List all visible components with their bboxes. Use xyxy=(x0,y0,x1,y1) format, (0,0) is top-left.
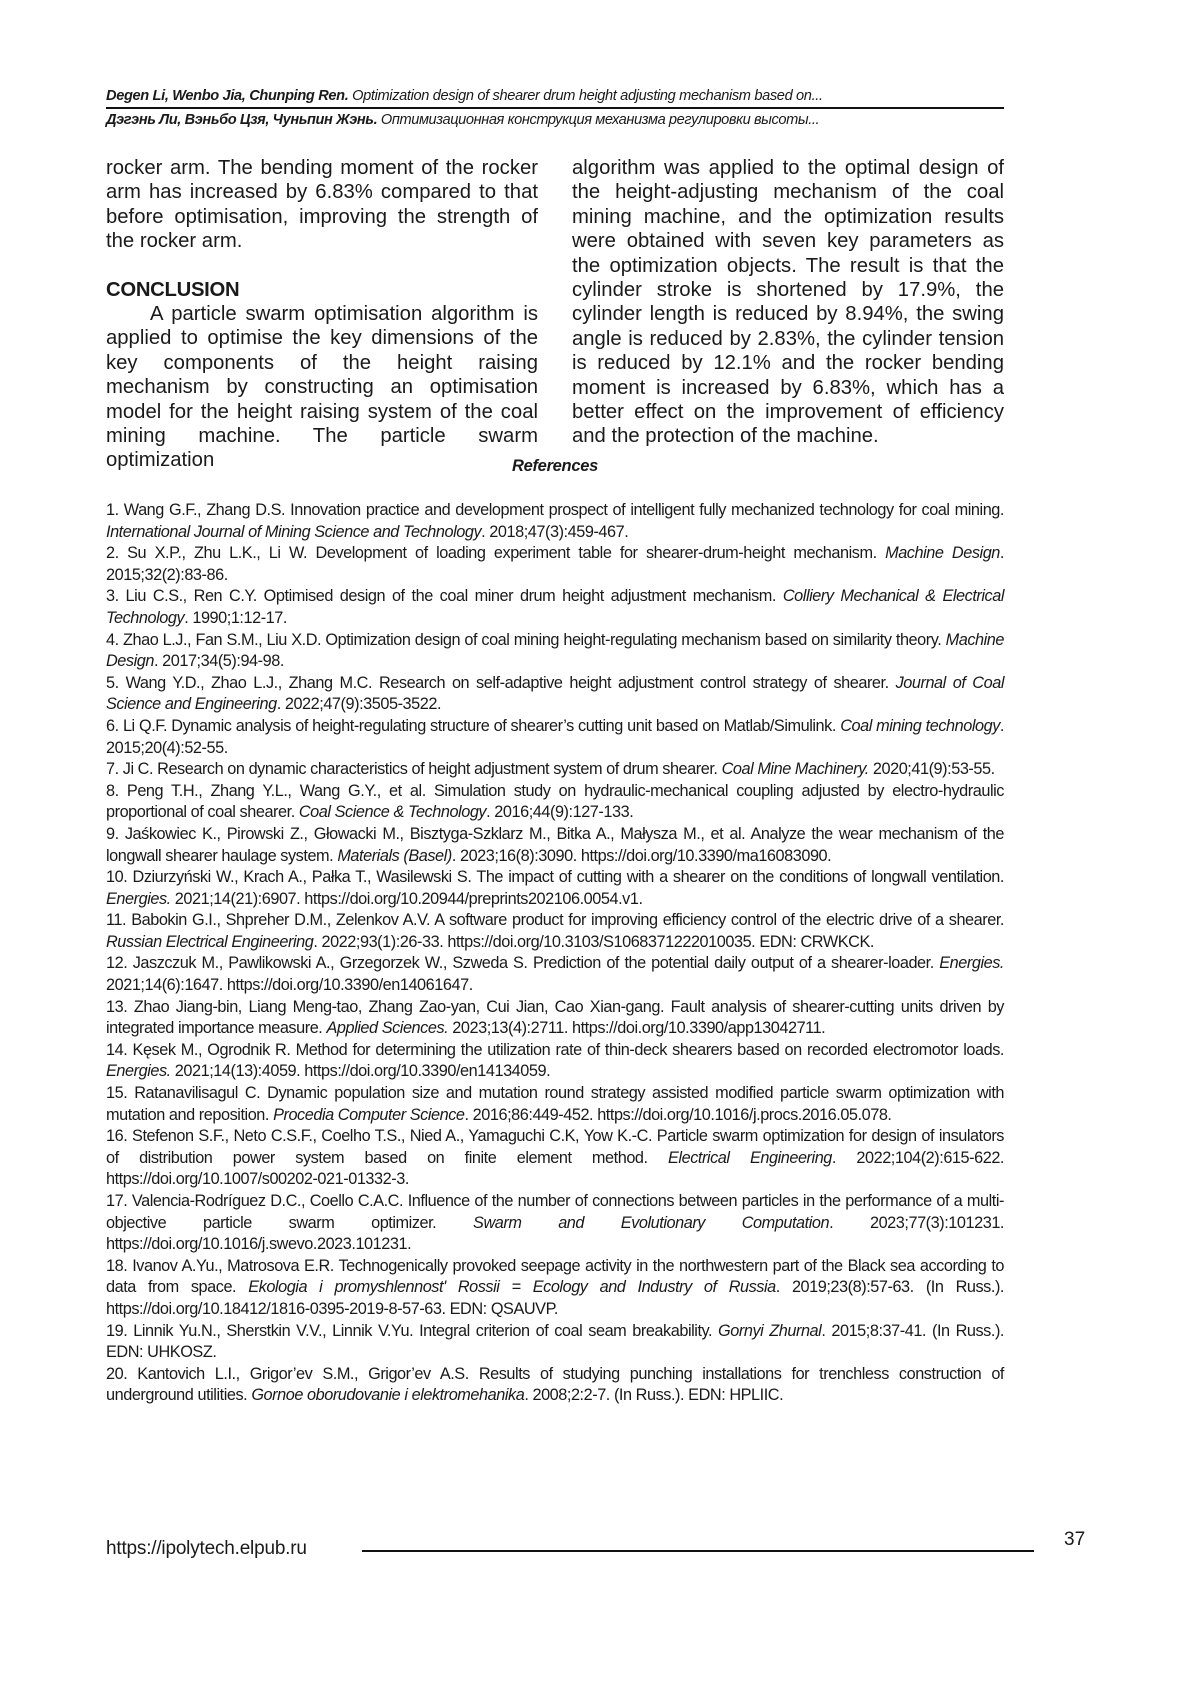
running-head-english: Degen Li, Wenbo Jia, Chunping Ren. Optim… xyxy=(106,86,1004,109)
conclusion-paragraph: A particle swarm optimisation algorithm … xyxy=(106,302,538,473)
reference-item: 16. Stefenon S.F., Neto C.S.F., Coelho T… xyxy=(106,1126,1004,1191)
reference-details: . 2022;93(1):26-33. https://doi.org/10.3… xyxy=(313,933,874,951)
reference-journal: Materials (Basel) xyxy=(337,847,452,865)
reference-authors-title: 2. Su X.P., Zhu L.K., Li W. Development … xyxy=(106,544,885,562)
references-heading: References xyxy=(106,457,1004,476)
reference-authors-title: 4. Zhao L.J., Fan S.M., Liu X.D. Optimiz… xyxy=(106,631,946,649)
reference-journal: Coal Mine Machinery. xyxy=(722,760,869,778)
reference-item: 15. Ratanavilisagul C. Dynamic populatio… xyxy=(106,1083,1004,1126)
reference-item: 19. Linnik Yu.N., Sherstkin V.V., Linnik… xyxy=(106,1321,1004,1364)
reference-journal: Applied Sciences. xyxy=(326,1019,448,1037)
reference-item: 5. Wang Y.D., Zhao L.J., Zhang M.C. Rese… xyxy=(106,673,1004,716)
reference-item: 9. Jaśkowiec K., Pirowski Z., Głowacki M… xyxy=(106,824,1004,867)
reference-journal: Energies. xyxy=(939,954,1004,972)
reference-details: 2021;14(13):4059. https://doi.org/10.339… xyxy=(171,1062,550,1080)
footer-divider xyxy=(362,1550,1034,1552)
reference-authors-title: 19. Linnik Yu.N., Sherstkin V.V., Linnik… xyxy=(106,1322,718,1340)
conclusion-heading: CONCLUSION xyxy=(106,278,538,302)
reference-details: 2023;13(4):2711. https://doi.org/10.3390… xyxy=(448,1019,825,1037)
reference-item: 2. Su X.P., Zhu L.K., Li W. Development … xyxy=(106,543,1004,586)
reference-item: 20. Kantovich L.I., Grigor’ev S.M., Grig… xyxy=(106,1364,1004,1407)
reference-authors-title: 11. Babokin G.I., Shpreher D.M., Zelenko… xyxy=(106,911,1004,929)
journal-url-link[interactable]: https://ipolytech.elpub.ru xyxy=(106,1538,307,1560)
reference-authors-title: 6. Li Q.F. Dynamic analysis of height-re… xyxy=(106,717,840,735)
reference-item: 14. Kęsek M., Ogrodnik R. Method for det… xyxy=(106,1040,1004,1083)
reference-journal: Gornyi Zhurnal xyxy=(718,1322,821,1340)
results-paragraph-end: rocker arm. The bending moment of the ro… xyxy=(106,156,538,254)
reference-journal: Machine Design xyxy=(885,544,1000,562)
reference-journal: Ekologia i promyshlennost' Rossii = Ecol… xyxy=(248,1278,776,1296)
reference-details: . 2016;44(9):127-133. xyxy=(486,803,633,821)
reference-item: 7. Ji C. Research on dynamic characteris… xyxy=(106,759,1004,781)
reference-journal: Swarm and Evolutionary Computation xyxy=(473,1214,829,1232)
reference-details: . 2016;86:449-452. https://doi.org/10.10… xyxy=(465,1106,892,1124)
reference-details: . 1990;1:12-17. xyxy=(184,609,287,627)
reference-authors-title: 5. Wang Y.D., Zhao L.J., Zhang M.C. Rese… xyxy=(106,674,896,692)
reference-journal: Procedia Computer Science xyxy=(273,1106,464,1124)
reference-journal: Coal mining technology xyxy=(840,717,1000,735)
right-column: algorithm was applied to the optimal des… xyxy=(572,156,1004,473)
reference-item: 4. Zhao L.J., Fan S.M., Liu X.D. Optimiz… xyxy=(106,630,1004,673)
reference-journal: Gornoe oborudovanie i elektromehanika xyxy=(251,1386,524,1404)
reference-details: . 2022;47(9):3505-3522. xyxy=(277,695,441,713)
reference-item: 8. Peng T.H., Zhang Y.L., Wang G.Y., et … xyxy=(106,781,1004,824)
reference-details: . 2008;2:2-7. (In Russ.). EDN: HPLIIC. xyxy=(524,1386,783,1404)
reference-authors-title: 14. Kęsek M., Ogrodnik R. Method for det… xyxy=(106,1041,1004,1059)
reference-authors-title: 1. Wang G.F., Zhang D.S. Innovation prac… xyxy=(106,501,1004,519)
page-number: 37 xyxy=(1064,1529,1085,1551)
reference-item: 6. Li Q.F. Dynamic analysis of height-re… xyxy=(106,716,1004,759)
conclusion-paragraph-continued: algorithm was applied to the optimal des… xyxy=(572,156,1004,449)
running-head-authors-ru: Дэгэнь Ли, Вэньбо Цзя, Чуньпин Жэнь. xyxy=(106,112,377,128)
reference-authors-title: 12. Jaszczuk M., Pawlikowski A., Grzegor… xyxy=(106,954,939,972)
reference-details: 2020;41(9):53-55. xyxy=(869,760,995,778)
reference-item: 10. Dziurzyński W., Krach A., Pałka T., … xyxy=(106,867,1004,910)
reference-item: 1. Wang G.F., Zhang D.S. Innovation prac… xyxy=(106,500,1004,543)
reference-details: . 2018;47(3):459-467. xyxy=(481,523,628,541)
reference-details: . 2017;34(5):94-98. xyxy=(154,652,284,670)
reference-item: 12. Jaszczuk M., Pawlikowski A., Grzegor… xyxy=(106,953,1004,996)
running-head-authors-en: Degen Li, Wenbo Jia, Chunping Ren. xyxy=(106,88,348,104)
reference-journal: Energies. xyxy=(106,1062,171,1080)
reference-item: 13. Zhao Jiang-bin, Liang Meng-tao, Zhan… xyxy=(106,997,1004,1040)
reference-item: 18. Ivanov A.Yu., Matrosova E.R. Technog… xyxy=(106,1256,1004,1321)
reference-details: 2021;14(21):6907. https://doi.org/10.209… xyxy=(171,890,643,908)
reference-item: 17. Valencia-Rodríguez D.C., Coello C.A.… xyxy=(106,1191,1004,1256)
page-footer: https://ipolytech.elpub.ru 37 xyxy=(106,1532,1004,1562)
reference-journal: Russian Electrical Engineering xyxy=(106,933,313,951)
reference-item: 11. Babokin G.I., Shpreher D.M., Zelenko… xyxy=(106,910,1004,953)
reference-journal: Coal Science & Technology xyxy=(299,803,486,821)
reference-details: . 2023;16(8):3090. https://doi.org/10.33… xyxy=(452,847,831,865)
left-column: rocker arm. The bending moment of the ro… xyxy=(106,156,538,473)
reference-authors-title: 7. Ji C. Research on dynamic characteris… xyxy=(106,760,722,778)
body-columns: rocker arm. The bending moment of the ro… xyxy=(106,156,1004,473)
running-head: Degen Li, Wenbo Jia, Chunping Ren. Optim… xyxy=(106,86,1004,130)
reference-list: 1. Wang G.F., Zhang D.S. Innovation prac… xyxy=(106,500,1004,1407)
reference-journal: International Journal of Mining Science … xyxy=(106,523,481,541)
reference-authors-title: 10. Dziurzyński W., Krach A., Pałka T., … xyxy=(106,868,1004,886)
running-head-russian: Дэгэнь Ли, Вэньбо Цзя, Чуньпин Жэнь. Опт… xyxy=(106,109,1004,130)
running-head-title-en: Optimization design of shearer drum heig… xyxy=(348,88,822,104)
reference-journal: Electrical Engineering xyxy=(668,1149,832,1167)
reference-details: 2021;14(6):1647. https://doi.org/10.3390… xyxy=(106,976,473,994)
reference-journal: Energies. xyxy=(106,890,171,908)
reference-item: 3. Liu C.S., Ren C.Y. Optimised design o… xyxy=(106,586,1004,629)
reference-authors-title: 3. Liu C.S., Ren C.Y. Optimised design o… xyxy=(106,587,783,605)
running-head-title-ru: Оптимизационная конструкция механизма ре… xyxy=(377,112,819,128)
